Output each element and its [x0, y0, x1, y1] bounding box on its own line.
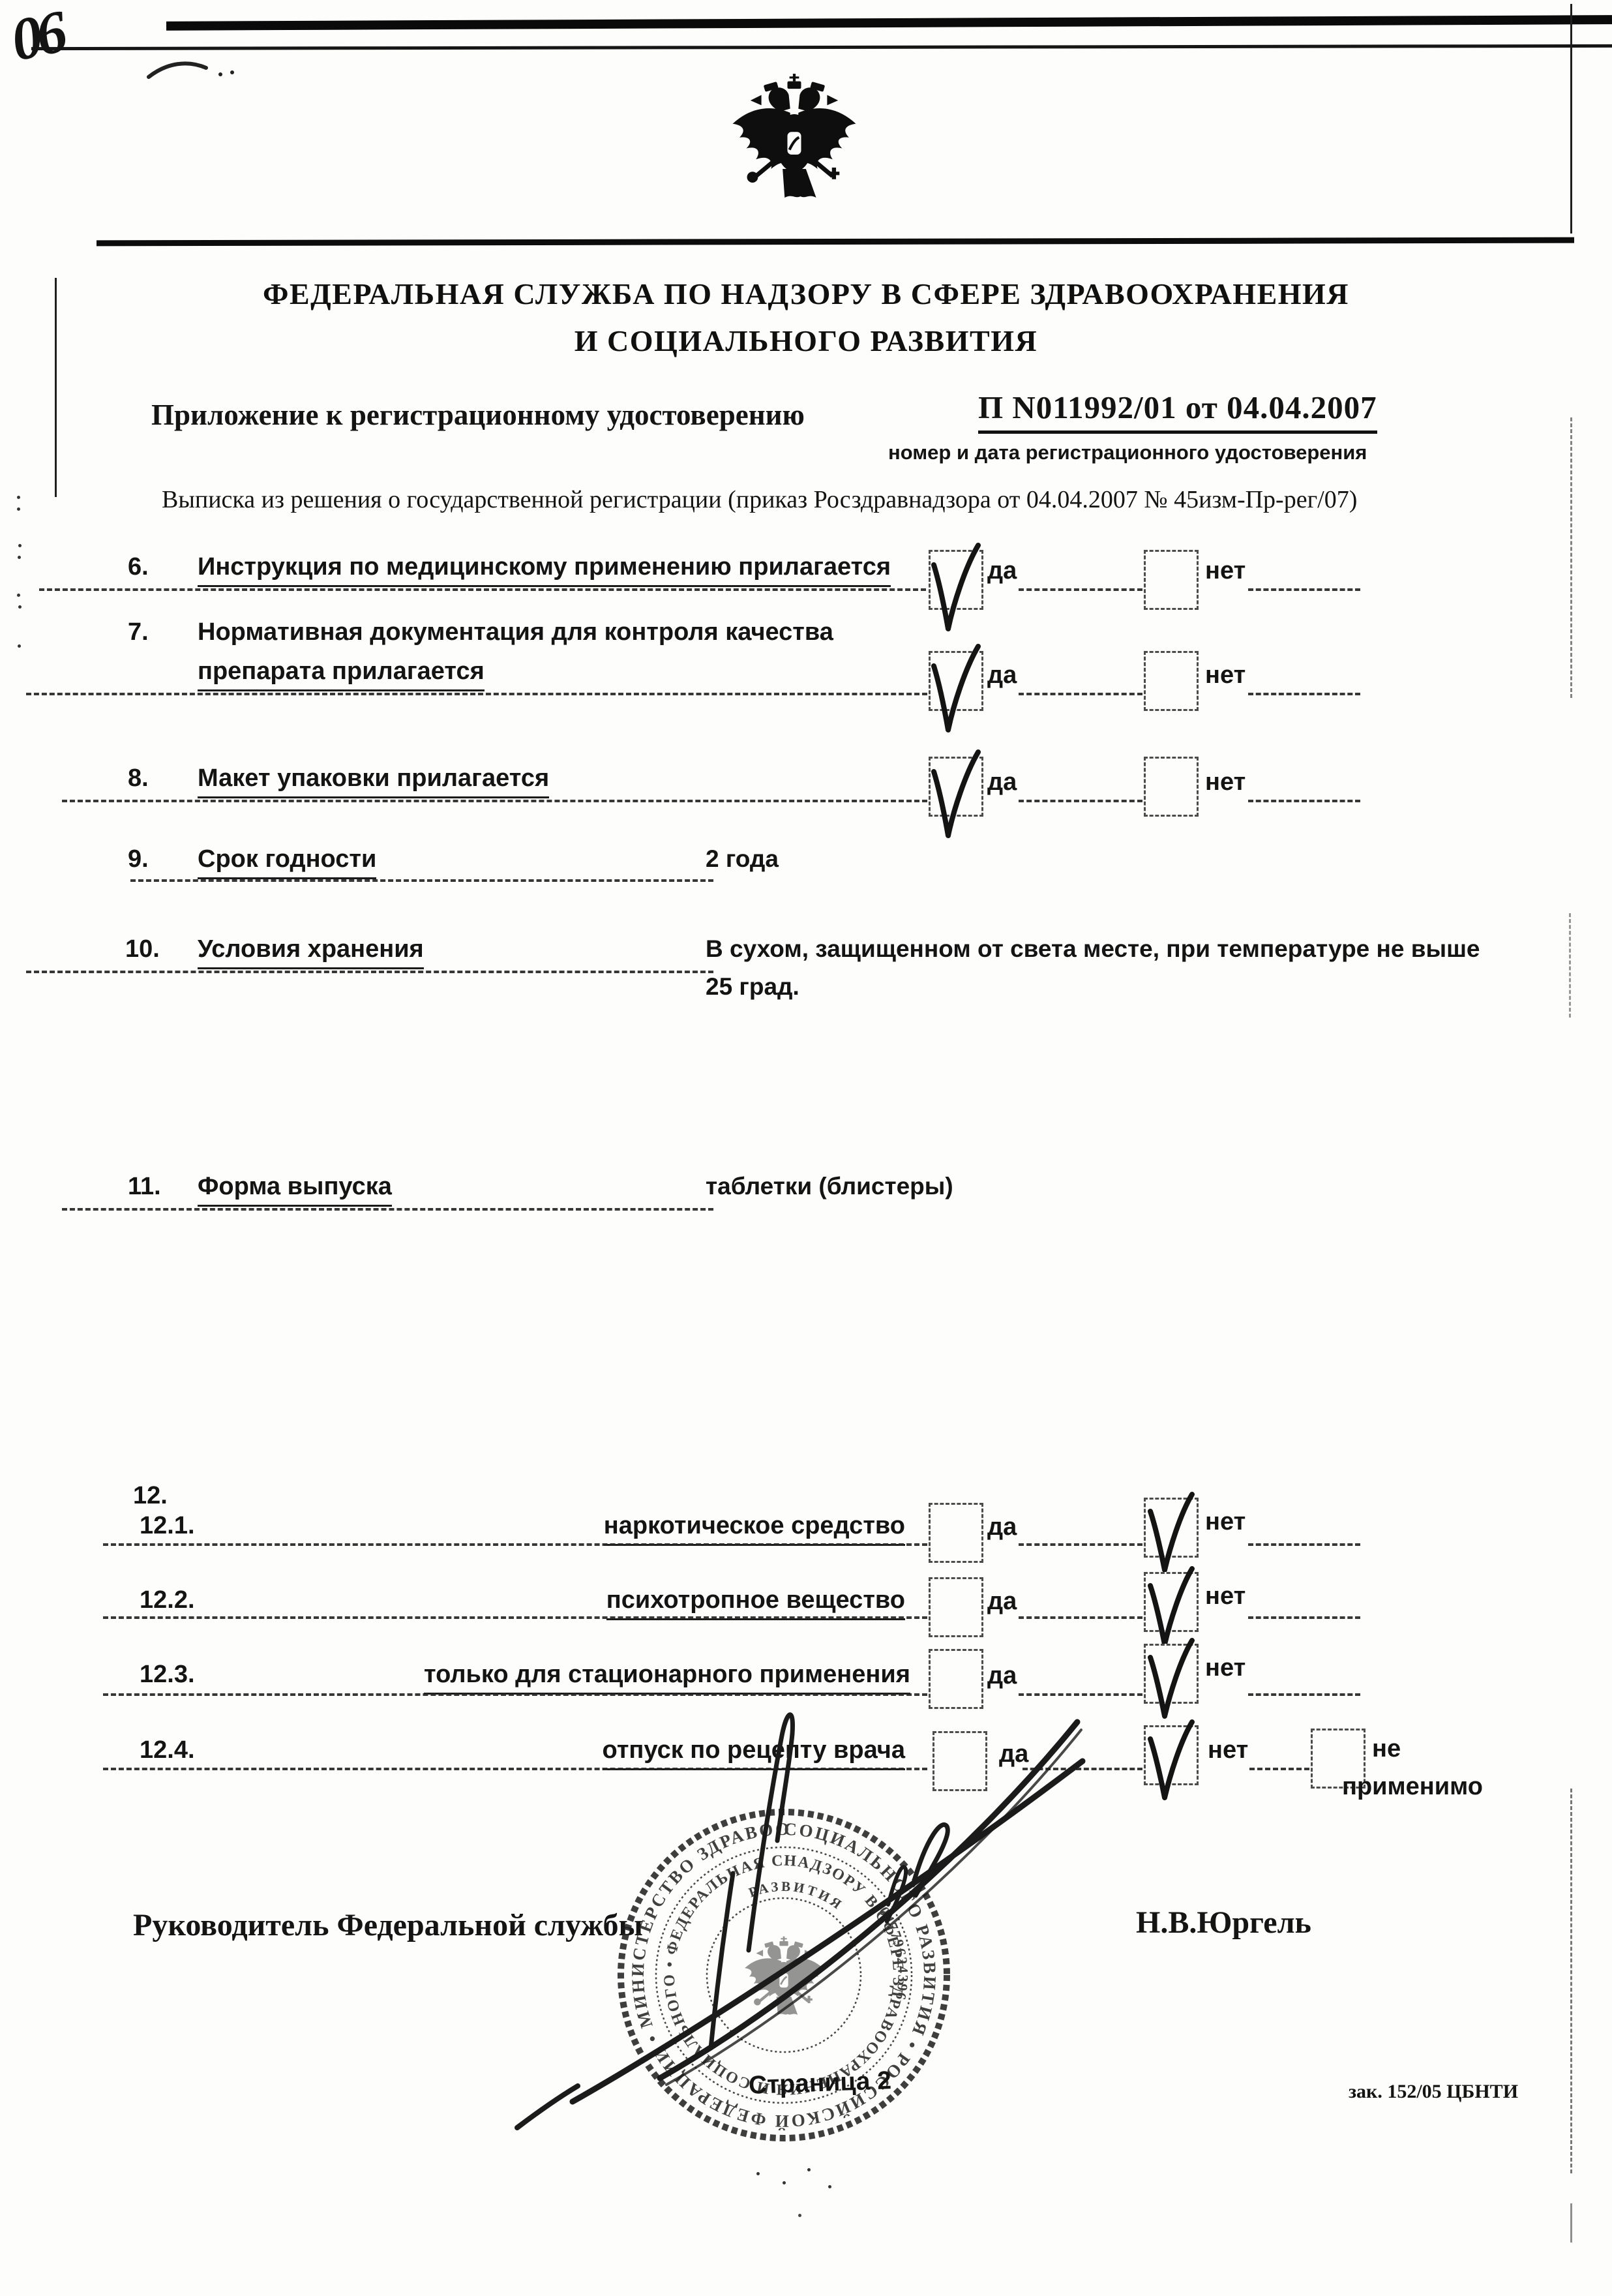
page-number: Страница 2	[748, 2066, 891, 2100]
scanned-document-page: 06 ФЕДЕРАЛЬНАЯ СЛУЖБА ПО НАДЗОРУ В СФЕРЕ…	[0, 0, 1612, 2296]
dotted-rule	[1248, 800, 1360, 802]
item-label: отпуск по рецепту врача	[603, 1736, 905, 1770]
yes-checkbox	[929, 550, 983, 610]
no-label: нет	[1205, 768, 1246, 796]
order-code: зак. 152/05 ЦБНТИ	[1349, 2081, 1518, 2103]
item-label: психотропное вещество	[606, 1586, 905, 1620]
dotted-rule	[1019, 588, 1142, 591]
dotted-rule	[1019, 693, 1142, 695]
dotted-rule	[1019, 800, 1142, 802]
yes-label: да	[999, 1740, 1028, 1768]
item-label-wrap: отпуск по рецепту врача	[456, 1736, 905, 1770]
item-number: 9.	[128, 845, 149, 873]
na-label-line1: не	[1372, 1735, 1401, 1763]
dotted-rule	[1248, 1616, 1360, 1619]
no-checkbox	[1144, 1498, 1199, 1558]
item-value: В сухом, защищенном от света месте, при …	[706, 935, 1480, 963]
item-value: 2 года	[706, 845, 779, 873]
yes-checkbox	[929, 1649, 983, 1709]
certificate-number: П N011992/01 от 04.04.2007	[978, 389, 1377, 434]
item-label: Нормативная документация для контроля ка…	[198, 618, 833, 646]
no-checkbox	[1144, 1644, 1199, 1704]
no-label: нет	[1208, 1736, 1248, 1764]
no-checkbox	[1144, 1572, 1199, 1632]
svg-text:РАЗВИТИЯ: РАЗВИТИЯ	[747, 1879, 846, 1914]
yes-label: да	[987, 1513, 1017, 1541]
section-number: 12.	[133, 1482, 168, 1510]
right-margin-line-3	[1569, 913, 1571, 1018]
item-number: 8.	[128, 764, 149, 793]
no-label: нет	[1205, 661, 1246, 689]
dotted-rule	[1248, 1693, 1360, 1696]
no-checkbox	[1144, 651, 1199, 711]
item-number: 6.	[128, 553, 149, 581]
dotted-rule	[1019, 1616, 1142, 1619]
dotted-rule	[1022, 1768, 1142, 1770]
dotted-rule	[103, 1693, 927, 1696]
dotted-rule	[103, 1543, 927, 1546]
dotted-rule	[1249, 1768, 1309, 1770]
item-label-line2: препарата прилагается	[198, 657, 485, 691]
checkmark-icon	[926, 539, 985, 641]
right-margin-line-4	[1570, 1789, 1572, 2173]
signature-name: Н.В.Юргель	[1136, 1905, 1311, 1941]
item-number: 10.	[125, 935, 160, 963]
no-label: нет	[1205, 1582, 1246, 1610]
dotted-rule	[1019, 1543, 1142, 1546]
item-number: 11.	[128, 1173, 161, 1201]
no-checkbox	[1144, 1725, 1199, 1785]
signature-role: Руководитель Федеральной службы	[133, 1907, 643, 1943]
item-label-wrap: только для стационарного применения	[424, 1661, 905, 1695]
yes-label: да	[987, 557, 1017, 585]
handwritten-squiggle	[145, 56, 243, 85]
checkmark-icon	[926, 640, 985, 742]
no-label: нет	[1205, 557, 1246, 585]
item-label: Инструкция по медицинскому применению пр…	[198, 553, 891, 587]
item-label: только для стационарного применения	[424, 1661, 910, 1695]
handwritten-mark: 06	[5, 0, 68, 75]
dotted-rule	[62, 800, 927, 802]
stamp-ring3-text: РАЗВИТИЯ	[747, 1879, 846, 1914]
item-number: 7.	[128, 618, 149, 646]
item-value: таблетки (блистеры)	[706, 1173, 953, 1200]
item-number: 12.1.	[140, 1512, 195, 1540]
item-number: 12.2.	[140, 1586, 195, 1614]
dotted-rule	[26, 971, 713, 973]
yes-checkbox	[929, 651, 983, 711]
yes-label: да	[987, 661, 1017, 689]
item-label: Макет упаковки прилагается	[198, 764, 549, 798]
yes-label: да	[987, 1588, 1017, 1616]
stamp-emblem-icon	[745, 1937, 823, 2015]
item-number: 12.4.	[140, 1736, 195, 1764]
yes-checkbox	[929, 1577, 983, 1637]
item-label: Форма выпуска	[198, 1173, 392, 1207]
no-checkbox	[1144, 550, 1199, 610]
yes-label: да	[987, 1662, 1017, 1690]
yes-checkbox	[929, 1503, 983, 1563]
yes-label: да	[987, 768, 1017, 796]
agency-title-line2: И СОЦИАЛЬНОГО РАЗВИТИЯ	[0, 324, 1612, 358]
item-label: Срок годности	[198, 845, 376, 879]
dotted-rule	[62, 1208, 713, 1211]
attachment-label: Приложение к регистрационному удостовере…	[151, 398, 805, 432]
yes-checkbox	[933, 1731, 987, 1791]
top-border-line	[166, 15, 1612, 31]
dotted-rule	[1248, 588, 1360, 591]
item-label-wrap: психотропное вещество	[456, 1586, 905, 1620]
right-margin-line-2	[1570, 417, 1572, 698]
no-checkbox	[1144, 757, 1199, 817]
dotted-rule	[130, 879, 713, 882]
certificate-caption: номер и дата регистрационного удостовере…	[888, 441, 1367, 464]
dotted-rule	[103, 1768, 927, 1770]
item-label-wrap: наркотическое средство	[456, 1512, 905, 1546]
no-label: нет	[1205, 1508, 1246, 1536]
right-margin-line-5	[1570, 2203, 1572, 2243]
speck	[756, 2172, 760, 2175]
extract-line: Выписка из решения о государственной рег…	[162, 485, 1357, 514]
yes-checkbox	[929, 757, 983, 817]
item-label: Условия хранения	[198, 935, 424, 969]
item-label: наркотическое средство	[604, 1512, 905, 1546]
right-margin-line-1	[1570, 4, 1572, 234]
dotted-rule	[26, 693, 927, 695]
item-number: 12.3.	[140, 1661, 195, 1689]
agency-title-line1: ФЕДЕРАЛЬНАЯ СЛУЖБА ПО НАДЗОРУ В СФЕРЕ ЗД…	[0, 277, 1612, 311]
no-label: нет	[1205, 1654, 1246, 1682]
dotted-rule	[1019, 1693, 1142, 1696]
dotted-rule	[39, 588, 926, 591]
dotted-rule	[1248, 693, 1360, 695]
checkmark-icon	[1141, 1714, 1200, 1816]
header-divider-line	[97, 237, 1574, 247]
dotted-rule	[103, 1616, 927, 1619]
na-label-line2: применимо	[1342, 1773, 1483, 1801]
page-edge-line	[31, 44, 1612, 50]
item-value-line2: 25 град.	[706, 973, 799, 1001]
checkmark-icon	[926, 746, 985, 847]
speck	[17, 496, 20, 499]
dotted-rule	[1248, 1543, 1360, 1546]
coat-of-arms-icon	[712, 73, 876, 210]
